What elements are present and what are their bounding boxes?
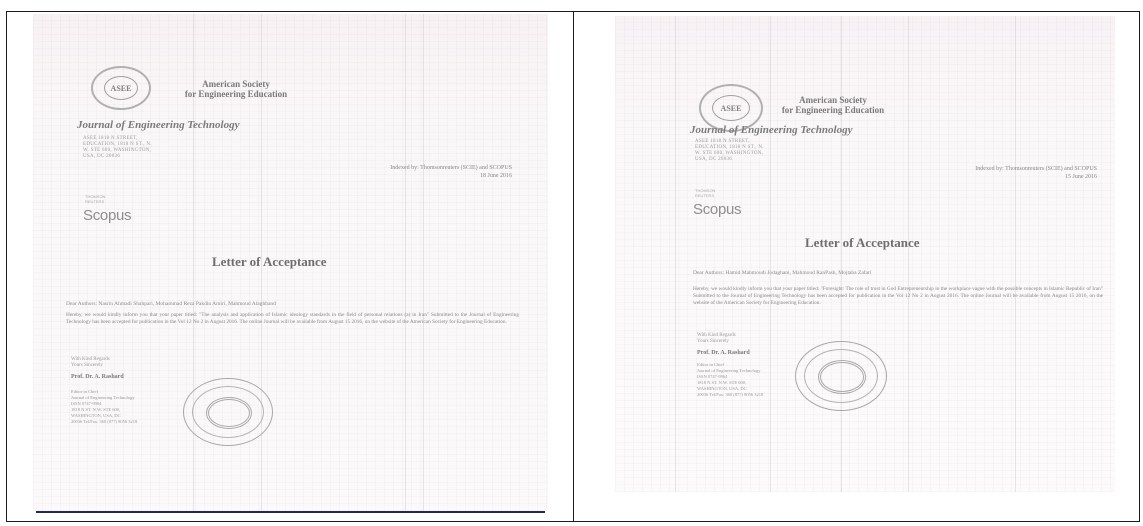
- signer-name: Prof. Dr. A. Rashard: [697, 350, 750, 356]
- scan-artifact-line: [1015, 16, 1016, 492]
- bottom-rule: [36, 511, 545, 513]
- signer-name: Prof. Dr. A. Rashard: [71, 374, 124, 380]
- closing-line: Yours Sincerely: [71, 363, 110, 369]
- signature-block: Editor in Chief Journal of Engineering T…: [71, 389, 201, 425]
- society-name: American Society for Engineering Educati…: [151, 79, 321, 99]
- asee-logo-text: ASEE: [712, 95, 750, 121]
- indexing-info: Indexed by: Thomsonreuters (SCIE) and SC…: [975, 165, 1097, 181]
- journal-address: ASEE 1818 N STREET, EDUCATION, 1818 N ST…: [83, 136, 152, 160]
- society-line-1: American Society: [151, 79, 321, 89]
- letter-title: Letter of Acceptance: [212, 254, 327, 270]
- scan-artifact-line: [423, 14, 424, 511]
- letter-body: Hereby, we would kindly inform you that …: [693, 286, 1103, 307]
- table-column-divider: [573, 11, 574, 522]
- acceptance-letter-scan-2: ASEE American Society for Engineering Ed…: [615, 16, 1115, 492]
- indexed-by: Indexed by: Thomsonreuters (SCIE) and SC…: [390, 164, 512, 172]
- official-stamp-icon: [795, 341, 887, 411]
- journal-name: Journal of Engineering Technology: [690, 124, 852, 136]
- thomson-reuters-logo-icon: THOMSON REUTERS: [85, 194, 125, 204]
- scan-artifact-line: [770, 16, 771, 492]
- scan-artifact-line: [675, 16, 676, 492]
- indexed-by: Indexed by: Thomsonreuters (SCIE) and SC…: [975, 165, 1097, 173]
- salutation: Dear Authors: Hamid Mahmoudi Jodaghani, …: [693, 270, 871, 276]
- scan-artifact-line: [908, 16, 909, 492]
- address-line: USA, DC 20036: [695, 157, 764, 163]
- official-stamp-icon: [183, 378, 273, 446]
- acceptance-letter-scan-1: ASEE American Society for Engineering Ed…: [33, 14, 548, 511]
- signature-line: 20036 Tel/Fax: 360 (877) 8056 3218: [697, 392, 817, 398]
- indexing-info: Indexed by: Thomsonreuters (SCIE) and SC…: [390, 164, 512, 180]
- letter-date: 15 June 2016: [975, 173, 1097, 181]
- scan-grain: [615, 16, 1115, 492]
- society-name: American Society for Engineering Educati…: [763, 95, 903, 115]
- journal-address: ASEE 1818 N STREET, EDUCATION, 1818 N ST…: [695, 139, 764, 163]
- society-line-2: for Engineering Education: [763, 105, 903, 115]
- scopus-logo: Scopus: [693, 201, 741, 218]
- signature-line: 20036 Tel/Fax: 360 (877) 8056 3218: [71, 419, 201, 425]
- closing: With Kind Regards Yours Sincerely: [71, 357, 110, 369]
- scan-artifact-line: [405, 14, 406, 511]
- asee-logo-icon: ASEE: [91, 66, 151, 110]
- society-line-1: American Society: [763, 95, 903, 105]
- salutation: Dear Authors: Nasrin Ahmadi Shahpari, Mo…: [66, 301, 276, 307]
- thomson-reuters-logo-icon: THOMSON REUTERS: [695, 188, 735, 198]
- closing-line: Yours Sincerely: [697, 339, 736, 345]
- letter-body: Hereby, we would kindly inform you that …: [66, 312, 519, 326]
- asee-logo-text: ASEE: [104, 76, 138, 100]
- journal-name: Journal of Engineering Technology: [77, 119, 239, 131]
- address-line: USA, DC 20036: [83, 154, 152, 160]
- letter-title: Letter of Acceptance: [805, 235, 920, 251]
- letter-date: 18 June 2016: [390, 172, 512, 180]
- scopus-logo: Scopus: [83, 207, 131, 224]
- society-line-2: for Engineering Education: [151, 89, 321, 99]
- closing: With Kind Regards Yours Sincerely: [697, 333, 736, 345]
- scan-artifact-line: [841, 16, 842, 492]
